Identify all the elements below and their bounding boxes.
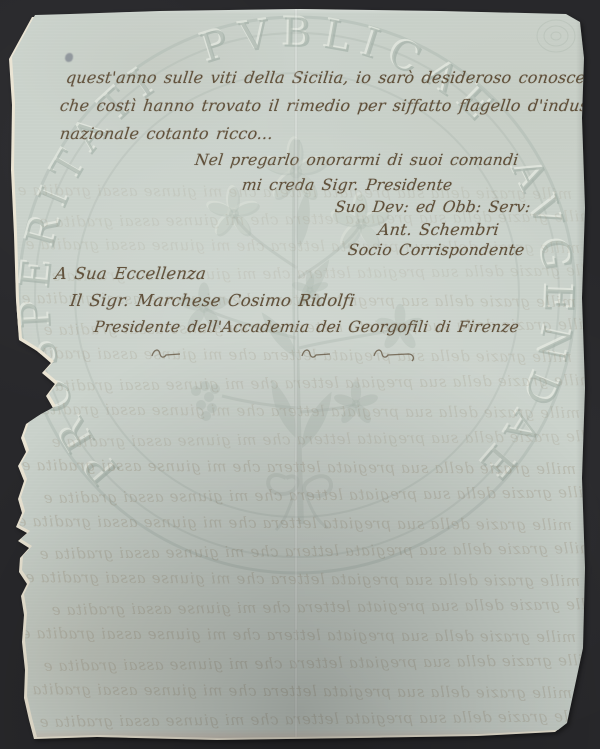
signature-title: Socio Corrispondente	[347, 241, 526, 259]
bleedthrough-line: mille grazie della sua pregiata lettera …	[38, 539, 590, 563]
handwriting-line: quest'anno sulle viti della Sicilia, io …	[65, 68, 600, 87]
etc-flourish-icon	[372, 346, 418, 364]
address-line: Il Sigr. Marchese Cosimo Ridolfi	[69, 291, 356, 310]
handwriting-line: che costì hanno trovato il rimedio per s…	[59, 96, 600, 115]
bleedthrough-line: mille grazie della sua pregiata lettera …	[50, 595, 590, 619]
bleedthrough-layer: mille grazie della sua pregiata lettera …	[10, 8, 590, 739]
bleedthrough-line: mille grazie della sua pregiata lettera …	[42, 651, 590, 675]
closing-line: mi creda Sigr. Presidente	[241, 176, 454, 194]
paper-sheet: PROSPERITATI PVBLICAE AVGENDAE PROSPERIT…	[10, 8, 590, 739]
signature: Ant. Schembri	[377, 220, 500, 239]
top-edge-highlight	[10, 8, 590, 14]
handwriting-line: nazionale cotanto ricco...	[59, 124, 274, 143]
etc-flourish-icon	[300, 346, 334, 360]
bleedthrough-line: mille grazie della sua pregiata lettera …	[38, 707, 590, 731]
address-line: Presidente dell'Accademia dei Georgofili…	[93, 318, 520, 336]
scanned-letter-page: PROSPERITATI PVBLICAE AVGENDAE PROSPERIT…	[0, 0, 600, 749]
bleedthrough-line: mille grazie della sua pregiata lettera …	[24, 568, 580, 590]
bleedthrough-line: mille grazie della sua pregiata lettera …	[50, 427, 590, 451]
bleedthrough-line: mille grazie della sua pregiata lettera …	[38, 371, 590, 395]
bleedthrough-line: mille grazie della sua pregiata lettera …	[24, 400, 580, 422]
valediction-line: Suo Dev: ed Obb: Serv:	[334, 198, 532, 216]
paper-sheet-wrapper: PROSPERITATI PVBLICAE AVGENDAE PROSPERIT…	[10, 8, 590, 739]
address-line: A Sua Eccellenza	[54, 264, 207, 283]
bleedthrough-line: mille grazie della sua pregiata lettera …	[42, 483, 590, 507]
fold-crease	[294, 8, 298, 739]
etc-flourish-icon	[150, 346, 184, 360]
closing-line: Nel pregarlo onorarmi di suoi comandi	[194, 151, 520, 169]
right-edge-shadow	[576, 8, 590, 739]
bottom-edge-tint	[10, 729, 590, 739]
